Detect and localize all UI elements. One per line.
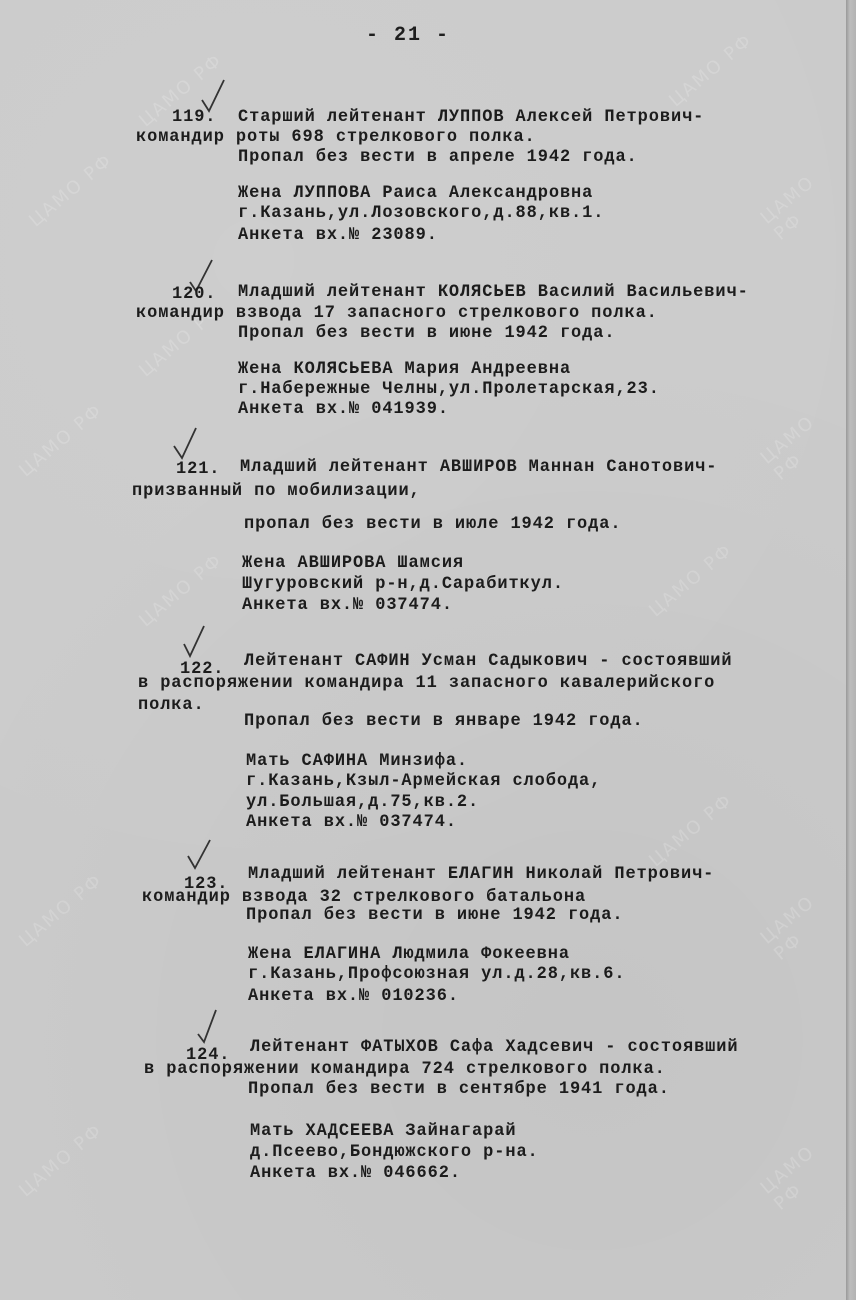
watermark: ЦАМО РФ <box>757 397 850 484</box>
entry-rank-name: Младший лейтенант ЕЛАГИН Николай Петрови… <box>248 865 714 886</box>
entry-status: Пропал без вести в сентябре 1941 года. <box>248 1080 670 1101</box>
entry-address: г.Казань,ул.Лозовского,д.88,кв.1. <box>238 204 604 225</box>
entry-questionnaire: Анкета вх.№ 010236. <box>248 987 459 1008</box>
entry-address: Шугуровский р-н,д.Сарабиткул. <box>242 575 564 596</box>
entry-status: Пропал без вести в июне 1942 года. <box>246 906 623 927</box>
entry-address-cont: ул.Большая,д.75,кв.2. <box>246 793 479 814</box>
entry-relative: Жена КОЛЯСЬЕВА Мария Андреевна <box>238 360 571 381</box>
page-number: - 21 - <box>366 24 450 47</box>
watermark: ЦАМО РФ <box>757 1127 850 1214</box>
entry-status: пропал без вести в июле 1942 года. <box>244 515 621 536</box>
checkmark-icon <box>180 624 206 660</box>
watermark: ЦАМО РФ <box>757 157 850 244</box>
watermark: ЦАМО РФ <box>15 870 107 952</box>
watermark: ЦАМО РФ <box>135 550 227 632</box>
entry-address: д.Псеево,Бондюжского р-на. <box>250 1143 539 1164</box>
entry-status: Пропал без вести в январе 1942 года. <box>244 712 644 733</box>
entry-position: в распоряжении командира 724 стрелкового… <box>144 1060 666 1081</box>
checkmark-icon <box>186 838 212 874</box>
entry-position-cont: полка. <box>138 696 205 717</box>
entry-number: 119. <box>172 108 216 129</box>
entry-relative: Мать САФИНА Минзифа. <box>246 752 468 773</box>
entry-rank-name: Старший лейтенант ЛУППОВ Алексей Петрови… <box>238 108 704 129</box>
page-edge <box>846 0 856 1300</box>
checkmark-icon <box>194 1008 220 1044</box>
entry-status: Пропал без вести в июне 1942 года. <box>238 324 615 345</box>
entry-relative: Жена ЕЛАГИНА Людмила Фокеевна <box>248 945 570 966</box>
entry-position: в распоряжении командира 11 запасного ка… <box>138 674 715 695</box>
entry-questionnaire: Анкета вх.№ 046662. <box>250 1164 461 1185</box>
entry-rank-name: Младший лейтенант КОЛЯСЬЕВ Василий Васил… <box>238 283 749 304</box>
entry-rank-name: Лейтенант САФИН Усман Садыкович - состоя… <box>244 652 732 673</box>
watermark: ЦАМО РФ <box>645 790 737 872</box>
watermark: ЦАМО РФ <box>15 400 107 482</box>
entry-number: 120. <box>172 285 216 306</box>
entry-rank-name: Младший лейтенант АВШИРОВ Маннан Санотов… <box>240 458 717 479</box>
entry-rank-name: Лейтенант ФАТЫХОВ Сафа Хадсевич - состоя… <box>250 1038 738 1059</box>
watermark: ЦАМО РФ <box>665 30 757 112</box>
checkmark-icon <box>172 426 198 462</box>
entry-relative: Мать ХАДСЕЕВА Зайнагарай <box>250 1122 516 1143</box>
entry-position: призванный по мобилизации, <box>132 482 421 503</box>
watermark: ЦАМО РФ <box>645 540 737 622</box>
entry-address: г.Казань,Кзыл-Армейская слобода, <box>246 772 601 793</box>
watermark: ЦАМО РФ <box>15 1120 107 1202</box>
document-page: ЦАМО РФ ЦАМО РФ ЦАМО РФ ЦАМО РФ ЦАМО РФ … <box>0 0 846 1300</box>
entry-status: Пропал без вести в апреле 1942 года. <box>238 148 638 169</box>
entry-address: г.Набережные Челны,ул.Пролетарская,23. <box>238 380 660 401</box>
entry-relative: Жена АВШИРОВА Шамсия <box>242 554 464 575</box>
entry-number: 121. <box>176 460 220 481</box>
watermark: ЦАМО РФ <box>757 877 850 964</box>
entry-address: г.Казань,Профсоюзная ул.д.28,кв.6. <box>248 965 625 986</box>
entry-relative: Жена ЛУППОВА Раиса Александровна <box>238 184 593 205</box>
watermark: ЦАМО РФ <box>25 150 117 232</box>
entry-position: командир роты 698 стрелкового полка. <box>136 128 536 149</box>
entry-questionnaire: Анкета вх.№ 23089. <box>238 226 438 247</box>
entry-questionnaire: Анкета вх.№ 037474. <box>246 813 457 834</box>
entry-questionnaire: Анкета вх.№ 041939. <box>238 400 449 421</box>
entry-position: командир взвода 17 запасного стрелкового… <box>136 304 658 325</box>
entry-questionnaire: Анкета вх.№ 037474. <box>242 596 453 617</box>
